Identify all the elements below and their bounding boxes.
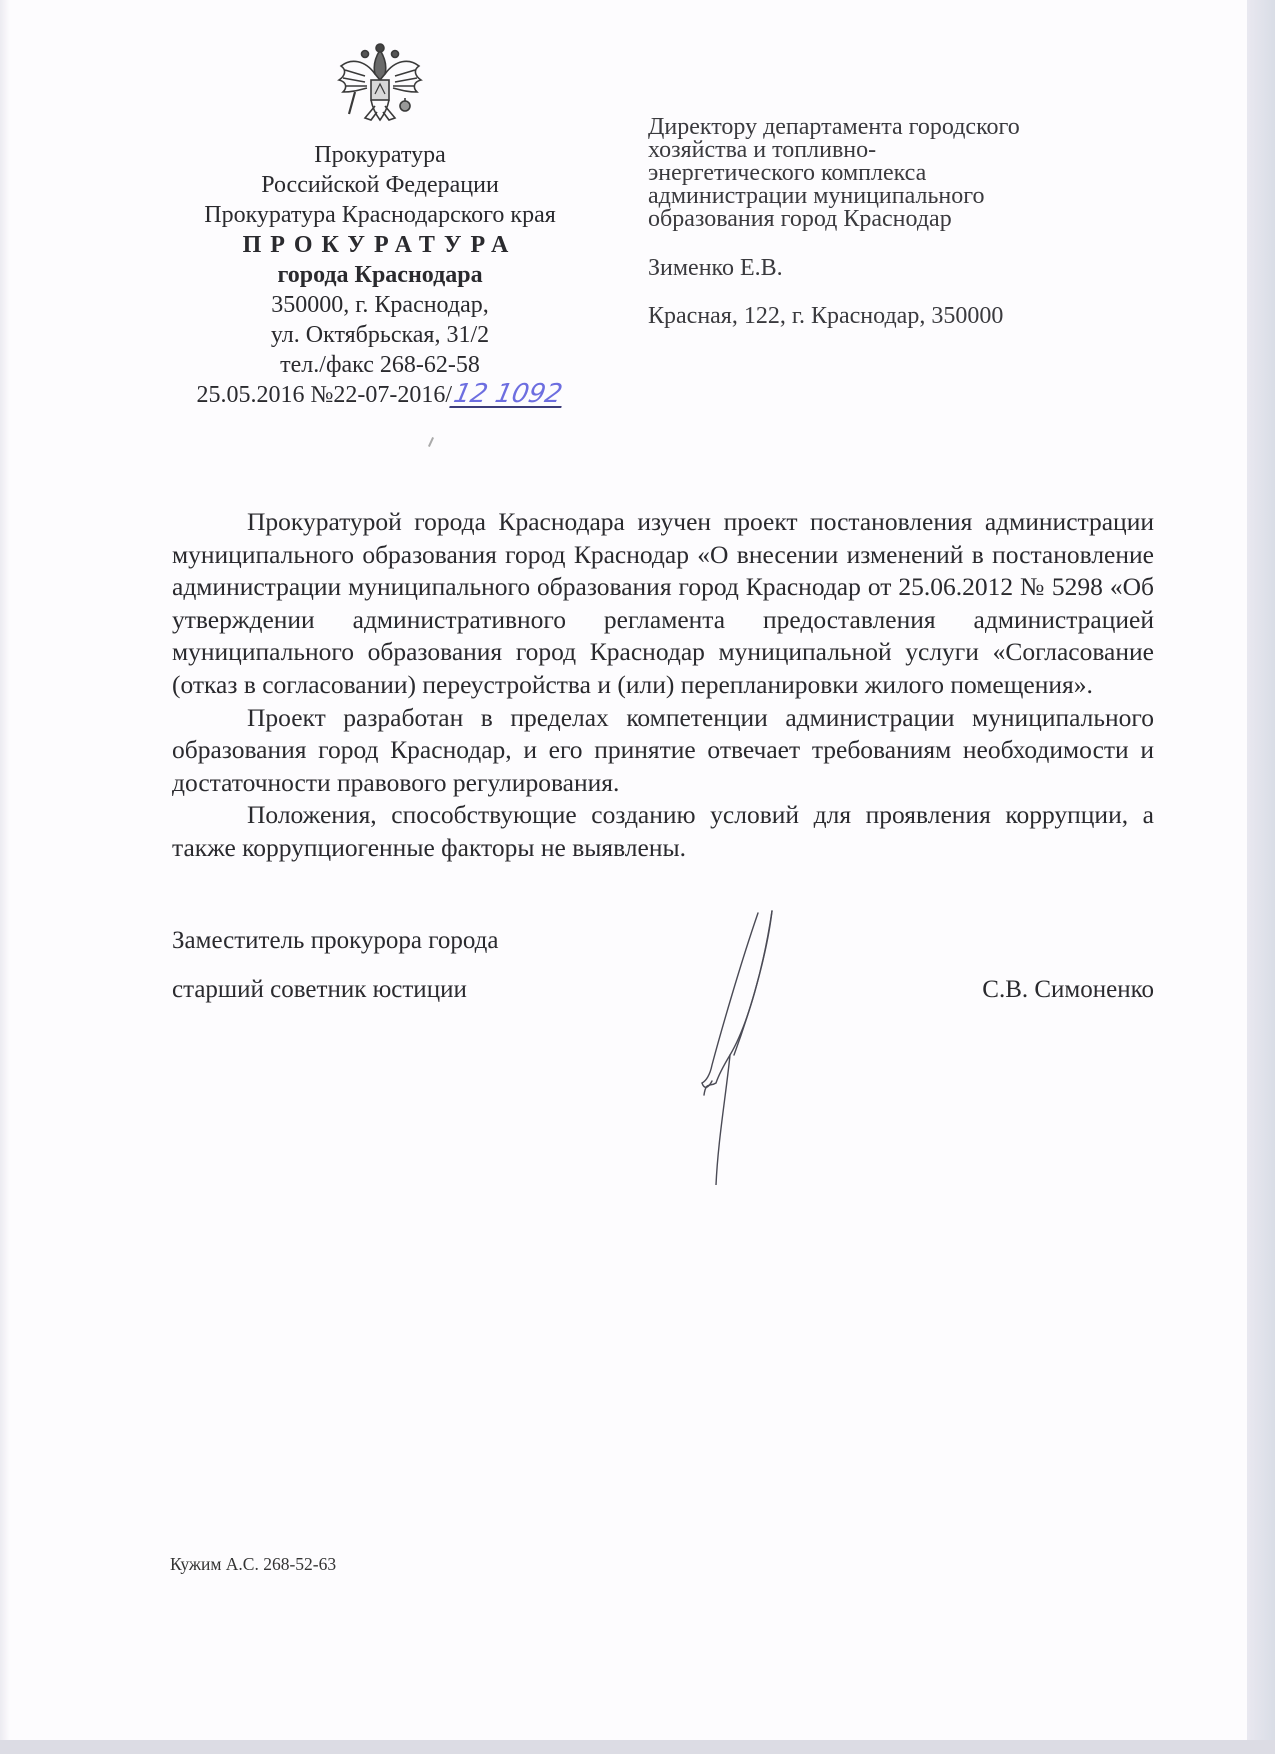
sender-phone-fax: тел./факс 268-62-58	[160, 350, 600, 380]
scan-edge-bottom	[0, 1740, 1275, 1754]
recipient-block: Директору департамента городского хозяйс…	[648, 116, 1128, 329]
sender-line-federation: Российской Федерации	[160, 170, 600, 200]
signer-name: С.В. Симоненко	[982, 974, 1154, 1006]
sender-office-title: ПРОКУРАТУРА	[160, 230, 600, 260]
scan-mark	[428, 437, 434, 447]
sender-office-city: города Краснодара	[160, 260, 600, 290]
handwritten-registration-number: 12 1092	[449, 382, 566, 408]
recipient-position-line: Директору департамента городского	[648, 116, 1128, 139]
sender-address-street: ул. Октябрьская, 31/2	[160, 320, 600, 350]
executor-contact: Кужим А.С. 268-52-63	[170, 1554, 336, 1575]
recipient-position-line: администрации муниципального	[648, 185, 1128, 208]
russian-coat-of-arms-icon	[335, 40, 425, 132]
signer-rank: старший советник юстиции	[172, 974, 467, 1006]
recipient-address: Красная, 122, г. Краснодар, 350000	[648, 303, 1128, 329]
recipient-position-line: образования город Краснодар	[648, 208, 1128, 231]
recipient-position-line: хозяйства и топливно-	[648, 139, 1128, 162]
scan-edge-right	[1247, 0, 1275, 1754]
recipient-name: Зименко Е.В.	[648, 255, 1128, 281]
recipient-position-line: энергетического комплекса	[648, 162, 1128, 185]
sender-address-postal: 350000, г. Краснодар,	[160, 290, 600, 320]
body-paragraph-competence: Проект разработан в пределах компетенции…	[172, 702, 1154, 800]
sender-line-prosecutor: Прокуратура	[160, 140, 600, 170]
body-paragraph-review: Прокуратурой города Краснодара изучен пр…	[172, 506, 1154, 702]
outgoing-date-prefix: 25.05.2016 №22-07-2016/	[196, 382, 452, 408]
handwritten-signature-icon	[660, 905, 800, 1185]
letter-body: Прокуратурой города Краснодара изучен пр…	[172, 506, 1154, 865]
signer-position: Заместитель прокурора города	[172, 925, 498, 957]
sender-block: Прокуратура Российской Федерации Прокура…	[160, 40, 600, 410]
body-paragraph-corruption: Положения, способствующие созданию услов…	[172, 799, 1154, 864]
scan-edge-left	[0, 0, 10, 1754]
outgoing-date-number: 25.05.2016 №22-07-2016/12 1092	[160, 380, 600, 410]
sender-line-region: Прокуратура Краснодарского края	[160, 200, 600, 230]
